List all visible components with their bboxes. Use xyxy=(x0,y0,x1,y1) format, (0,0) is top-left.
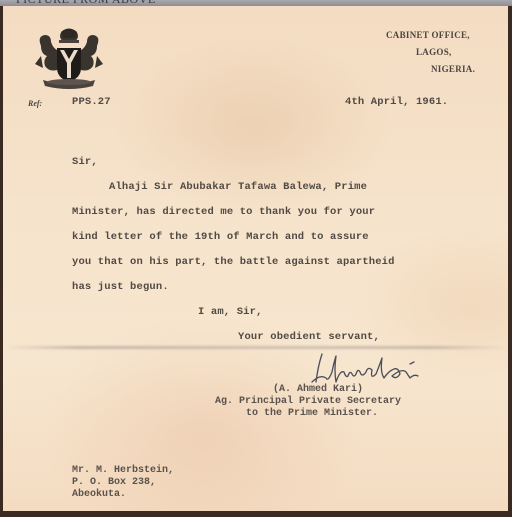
reference-number: PPS.27 xyxy=(72,96,111,108)
recipient-line-1: Mr. M. Herbstein, xyxy=(72,465,174,476)
reference-label: Ref: xyxy=(28,99,42,108)
signatory-title-line-1: Ag. Principal Private Secretary xyxy=(215,396,401,407)
closing-line-1: I am, Sir, xyxy=(198,306,263,318)
body-line-5: has just begun. xyxy=(72,281,169,293)
letterhead-address-line-3: NIGERIA. xyxy=(431,64,475,74)
letterhead-address-line-1: CABINET OFFICE, xyxy=(386,30,470,40)
letterhead-address-line-2: LAGOS, xyxy=(416,47,452,57)
body-line-1: Alhaji Sir Abubakar Tafawa Balewa, Prime xyxy=(109,181,367,193)
closing-line-2: Your obedient servant, xyxy=(238,331,380,343)
body-line-4: you that on his part, the battle against… xyxy=(72,256,395,268)
paper-fold-line xyxy=(3,346,508,349)
body-line-3: kind letter of the 19th of March and to … xyxy=(72,231,369,243)
salutation: Sir, xyxy=(72,156,98,168)
recipient-line-3: Abeokuta. xyxy=(72,489,126,500)
coat-of-arms-icon xyxy=(33,26,105,92)
signatory-title-line-2: to the Prime Minister. xyxy=(246,408,378,419)
body-line-2: Minister, has directed me to thank you f… xyxy=(72,206,375,218)
signature-icon xyxy=(306,352,436,386)
recipient-line-2: P. O. Box 238, xyxy=(72,477,156,488)
letter-date: 4th April, 1961. xyxy=(345,96,448,108)
signatory-name: (A. Ahmed Kari) xyxy=(273,384,363,395)
